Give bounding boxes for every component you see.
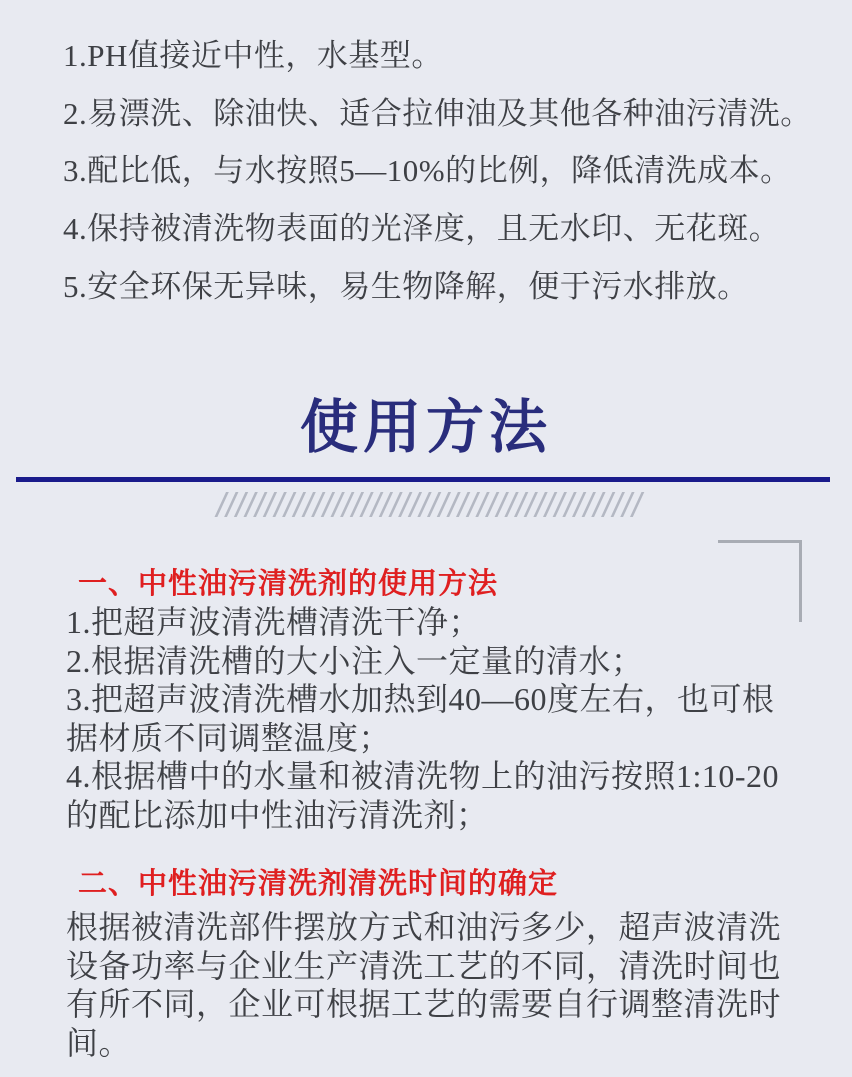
feature-item: 4.保持被清洗物表面的光泽度，且无水印、无花斑。	[63, 200, 823, 258]
title-divider-line	[16, 477, 830, 482]
body-line: 根据被清洗部件摆放方式和油污多少，超声波清洗	[66, 908, 806, 947]
body-line: 的配比添加中性油污清洗剂；	[66, 796, 806, 835]
body-line: 3.把超声波清洗槽水加热到40—60度左右，也可根	[66, 680, 806, 719]
product-description-page: 1.PH值接近中性，水基型。 2.易漂洗、除油快、适合拉伸油及其他各种油污清洗。…	[0, 0, 852, 1077]
method-section-heading: 一、中性油污清洗剂的使用方法	[78, 569, 498, 599]
body-line: 间。	[66, 1024, 806, 1063]
body-line: 4.根据槽中的水量和被清洗物上的油污按照1:10-20	[66, 757, 806, 796]
feature-item: 5.安全环保无异味，易生物降解，便于污水排放。	[63, 258, 823, 316]
feature-item: 2.易漂洗、除油快、适合拉伸油及其他各种油污清洗。	[63, 85, 823, 143]
usage-section-title: 使用方法	[0, 396, 852, 460]
feature-item: 1.PH值接近中性，水基型。	[63, 27, 823, 85]
body-line: 设备功率与企业生产清洗工艺的不同，清洗时间也	[66, 947, 806, 986]
time-section-body: 根据被清洗部件摆放方式和油污多少，超声波清洗 设备功率与企业生产清洗工艺的不同，…	[66, 908, 806, 1062]
body-line: 2.根据清洗槽的大小注入一定量的清水；	[66, 642, 806, 681]
feature-list: 1.PH值接近中性，水基型。 2.易漂洗、除油快、适合拉伸油及其他各种油污清洗。…	[63, 27, 823, 316]
body-line: 据材质不同调整温度；	[66, 719, 806, 758]
feature-item: 3.配比低，与水按照5—10%的比例，降低清洗成本。	[63, 142, 823, 200]
method-section-body: 1.把超声波清洗槽清洗干净； 2.根据清洗槽的大小注入一定量的清水； 3.把超声…	[66, 603, 806, 835]
body-line: 1.把超声波清洗槽清洗干净；	[66, 603, 806, 642]
slash-decoration: ////////////////////////////////////////…	[213, 490, 653, 520]
time-section-heading: 二、中性油污清洗剂清洗时间的确定	[78, 869, 558, 899]
body-line: 有所不同，企业可根据工艺的需要自行调整清洗时	[66, 985, 806, 1024]
